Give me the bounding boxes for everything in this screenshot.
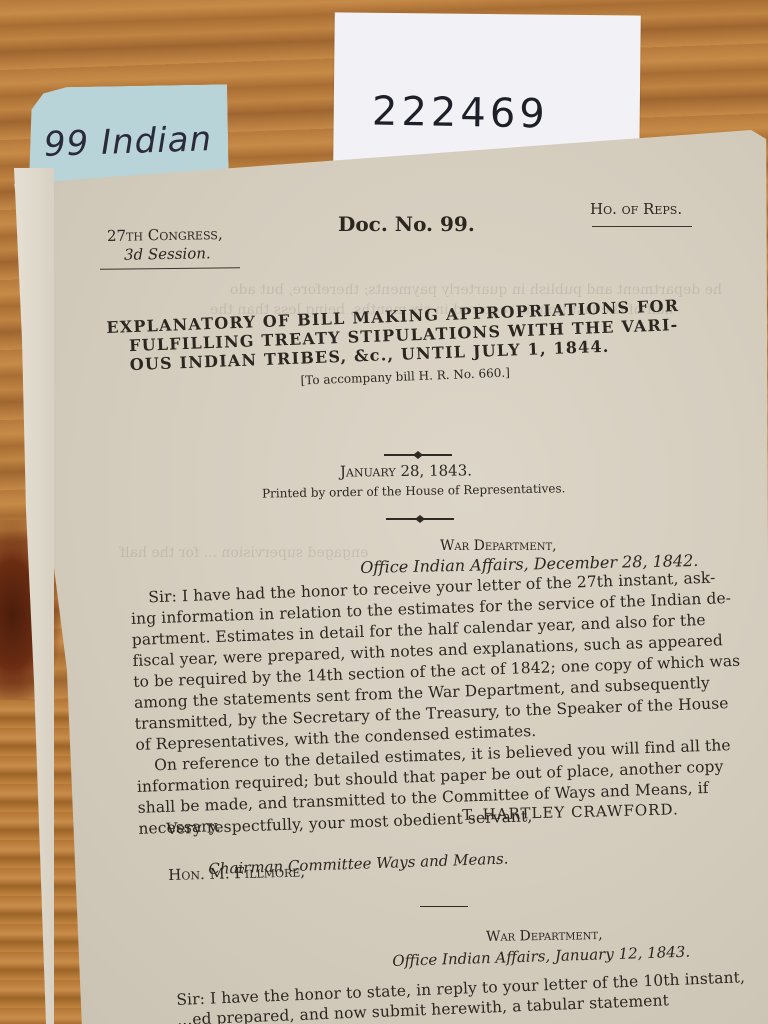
bleed-through-text: he department and publish in quarterly p… xyxy=(230,282,722,298)
header-rule xyxy=(100,267,240,269)
doc-number: Doc. No. 99. xyxy=(338,212,475,236)
printed-by-line: Printed by order of the House of Represe… xyxy=(262,481,566,500)
session-label: 3d Session. xyxy=(124,244,211,264)
section-rule xyxy=(420,906,468,907)
letter1-body: Sir: I have had the honor to receive you… xyxy=(130,567,738,840)
print-date: January 28, 1843. xyxy=(340,461,472,480)
ornament-divider xyxy=(384,454,452,456)
document-content: he department and publish in quarterly p… xyxy=(0,0,768,1024)
ornament-divider xyxy=(386,518,454,520)
letter2-body: Sir: I have the honor to state, in reply… xyxy=(176,966,768,1024)
bleed-through-text: engaged supervision ... for the half xyxy=(120,545,368,561)
letter2-office-date: Office Indian Affairs, January 12, 1843. xyxy=(392,943,690,970)
letter2-department: War Department, xyxy=(486,927,603,945)
house-label: Ho. of Reps. xyxy=(590,200,682,218)
congress-label: 27th Congress, xyxy=(107,225,223,245)
letter1-addressee-title: Chairman Committee Ways and Means. xyxy=(208,850,509,878)
letter1-department: War Department, xyxy=(440,538,557,554)
document-title: EXPLANATORY OF BILL MAKING APPROPRIATION… xyxy=(106,296,681,389)
house-rule xyxy=(592,226,692,227)
